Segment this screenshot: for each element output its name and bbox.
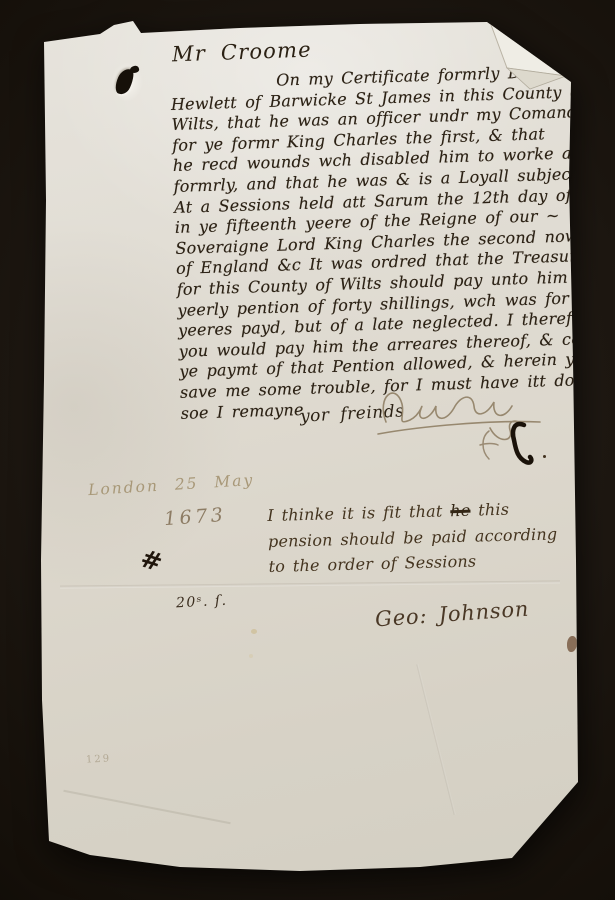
ink-dot: [543, 455, 546, 458]
signature-tail-flourish: [477, 428, 501, 462]
date-place: London 25 May: [88, 471, 255, 499]
foxing-spot: [249, 654, 253, 658]
pencil-number: 129: [86, 753, 112, 765]
paper-shadow-wrap: Mr Croome On my Certificate formrly Dani…: [0, 0, 615, 900]
endorsement-text: this: [478, 500, 509, 520]
hash-mark: #: [137, 543, 166, 577]
salutation: Mr Croome: [172, 38, 313, 67]
diagonal-crease: [416, 664, 455, 815]
bold-ink-mark: [506, 420, 536, 466]
amount-note: 20ˢ. ſ.: [176, 593, 228, 612]
letter-body: On my Certificate formrly Daniell Hewlet…: [170, 61, 583, 424]
endorsement-block: I thinke it is fit that he this pension …: [267, 495, 569, 579]
ink-blot-right-edge: [567, 636, 577, 652]
date-year: 1673: [163, 504, 227, 530]
paper-sheet: Mr Croome On my Certificate formrly Dani…: [0, 0, 615, 900]
struck-word: he: [450, 501, 471, 521]
diagonal-crease: [63, 790, 230, 824]
photo-background: Mr Croome On my Certificate formrly Dani…: [0, 0, 615, 900]
folded-corner-flap: [470, 13, 590, 103]
endorsement-signature: Geo: Johnson: [374, 597, 530, 632]
horizontal-fold-crease: [60, 580, 560, 588]
endorsement-text: I thinke it is fit that: [267, 501, 443, 525]
foxing-spot: [251, 629, 257, 634]
